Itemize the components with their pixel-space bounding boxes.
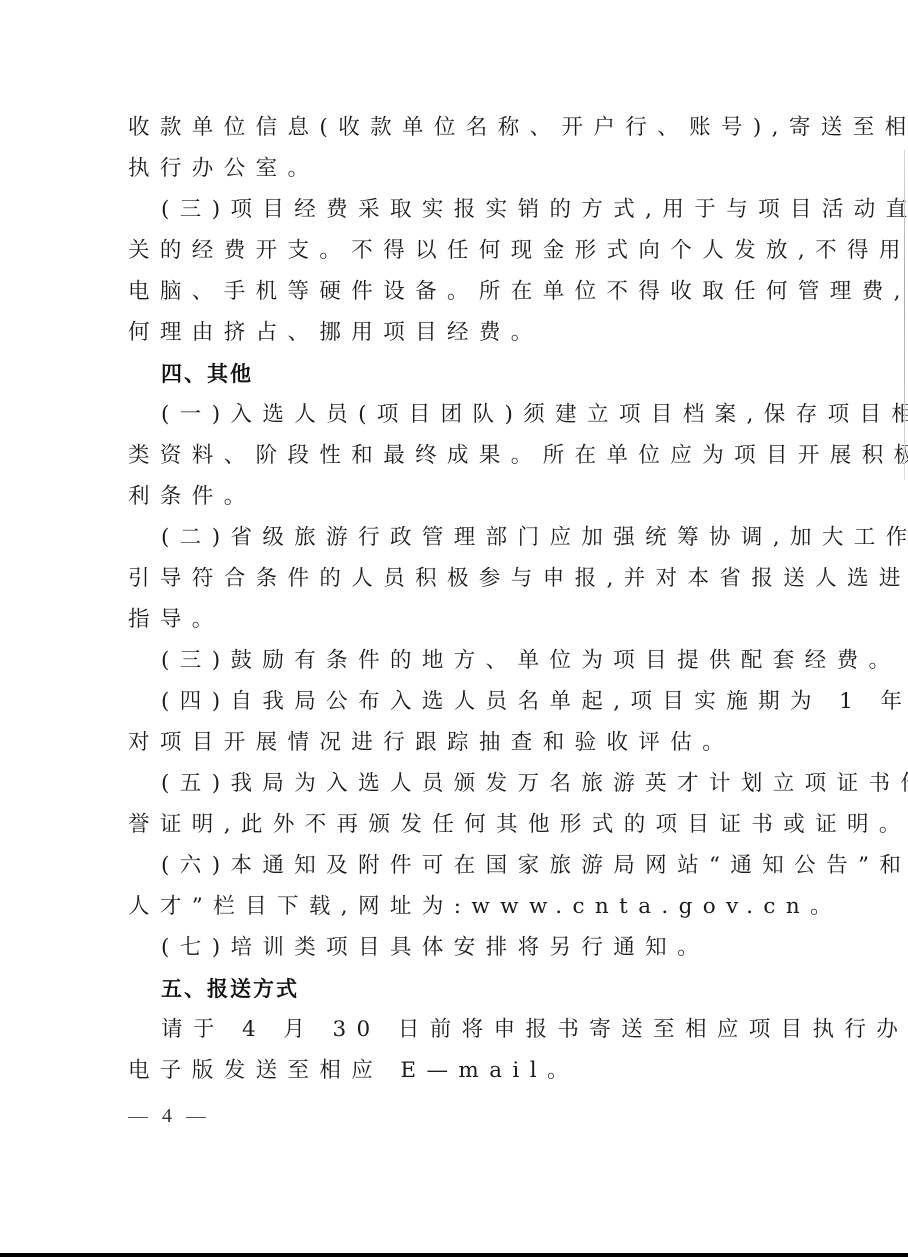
page-number-value: 4 xyxy=(162,1101,172,1131)
paragraph-start-line: (一)入选人员(项目团队)须建立项目档案,保存项目相关各 xyxy=(161,399,801,431)
paragraph-start-line: (七)培训类项目具体安排将另行通知。 xyxy=(161,932,801,964)
body-text-line: 执行办公室。 xyxy=(128,153,800,185)
body-text-line: 指导。 xyxy=(128,604,800,636)
page-number: 4 xyxy=(128,1101,206,1131)
body-text-line: 引导符合条件的人员积极参与申报,并对本省报送人选进行监督 xyxy=(128,563,800,595)
body-text-line: 收款单位信息(收款单位名称、开户行、账号),寄送至相应的项目 xyxy=(128,112,800,144)
body-text-line: 何理由挤占、挪用项目经费。 xyxy=(128,317,800,349)
page-number-dash-left xyxy=(128,1117,148,1118)
body-text-line: 誉证明,此外不再颁发任何其他形式的项目证书或证明。 xyxy=(128,809,800,841)
page-bottom-border xyxy=(0,1253,908,1257)
paragraph-start-line: 请于 4 月 30 日前将申报书寄送至相应项目执行办公室,并将 xyxy=(161,1014,801,1046)
paragraph-start-line: (三)鼓励有条件的地方、单位为项目提供配套经费。 xyxy=(161,645,801,677)
paragraph-start-line: (五)我局为入选人员颁发万名旅游英才计划立项证书作为荣 xyxy=(161,768,801,800)
body-text-line: 电子版发送至相应 E—mail。 xyxy=(128,1055,800,1087)
document-page: 收款单位信息(收款单位名称、开户行、账号),寄送至相应的项目 执行办公室。 (三… xyxy=(0,0,908,1257)
body-text-line: 电脑、手机等硬件设备。所在单位不得收取任何管理费,不得以任 xyxy=(128,276,800,308)
scan-edge-artifact xyxy=(904,150,905,480)
section-heading-submission: 五、报送方式 xyxy=(161,973,801,1005)
section-heading-other: 四、其他 xyxy=(161,358,801,390)
paragraph-start-line: (三)项目经费采取实报实销的方式,用于与项目活动直接相 xyxy=(161,194,801,226)
page-number-dash-right xyxy=(186,1117,206,1118)
body-text-line: 对项目开展情况进行跟踪抽查和验收评估。 xyxy=(128,727,800,759)
paragraph-start-line: (六)本通知及附件可在国家旅游局网站“通知公告”和“旅游 xyxy=(161,850,801,882)
body-text-line: 关的经费开支。不得以任何现金形式向个人发放,不得用于购置 xyxy=(128,235,800,267)
paragraph-start-line: (二)省级旅游行政管理部门应加强统筹协调,加大工作力度, xyxy=(161,522,801,554)
body-text-line: 类资料、阶段性和最终成果。所在单位应为项目开展积极创造有 xyxy=(128,440,800,472)
paragraph-start-line: (四)自我局公布入选人员名单起,项目实施期为 1 年。我局 xyxy=(161,686,801,718)
body-text-line: 利条件。 xyxy=(128,481,800,513)
body-text-line: 人才”栏目下载,网址为:www.cnta.gov.cn。 xyxy=(128,891,800,923)
